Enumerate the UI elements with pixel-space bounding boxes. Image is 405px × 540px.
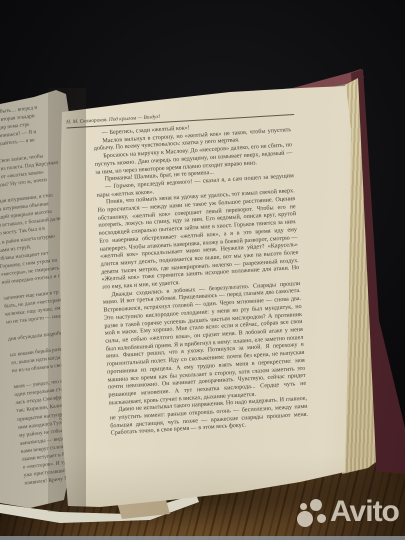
avito-logo-dot-small2 bbox=[317, 514, 326, 523]
avito-wordmark: Avito bbox=[330, 495, 399, 529]
photo-bottom-edge bbox=[0, 536, 405, 540]
body-paragraph: Бросаюсь на выручку к Маслову. До «мессе… bbox=[94, 142, 293, 177]
avito-logo-dot-large bbox=[297, 511, 313, 527]
body-paragraph: Приманка! Шалишь, брат, не те времена... bbox=[96, 165, 294, 184]
photo-open-book-scene: нами забыть… вперед иволоди вторая эскад… bbox=[0, 0, 405, 540]
right-page-text: Н. М. Скоморохов. Под крылом — Воздух! —… bbox=[92, 106, 309, 438]
avito-watermark: Avito bbox=[293, 494, 405, 534]
body-paragraph: Дважды сходились в лобовых — безрезульта… bbox=[102, 281, 307, 408]
running-header: Н. М. Скоморохов. Под крылом — Воздух! bbox=[66, 106, 294, 129]
body-paragraph: Поняв, что поймать меня на удочку не уда… bbox=[97, 188, 300, 292]
body-paragraph: Давно не испытывал такого напряжения. Но… bbox=[109, 396, 308, 439]
right-page-body: — Берегись, сзади «желтый кок»!Маслов ви… bbox=[93, 119, 309, 438]
body-paragraph: Маслов вильнул в сторону, но «желтый кок… bbox=[93, 127, 292, 154]
avito-logo-dot-medium bbox=[310, 499, 322, 511]
body-paragraph: — Горьков, преследуй ведомого! — сказал … bbox=[96, 173, 295, 200]
body-paragraph: — Берегись, сзади «желтый кок»! bbox=[93, 119, 291, 138]
avito-logo-dot-small bbox=[300, 503, 307, 510]
